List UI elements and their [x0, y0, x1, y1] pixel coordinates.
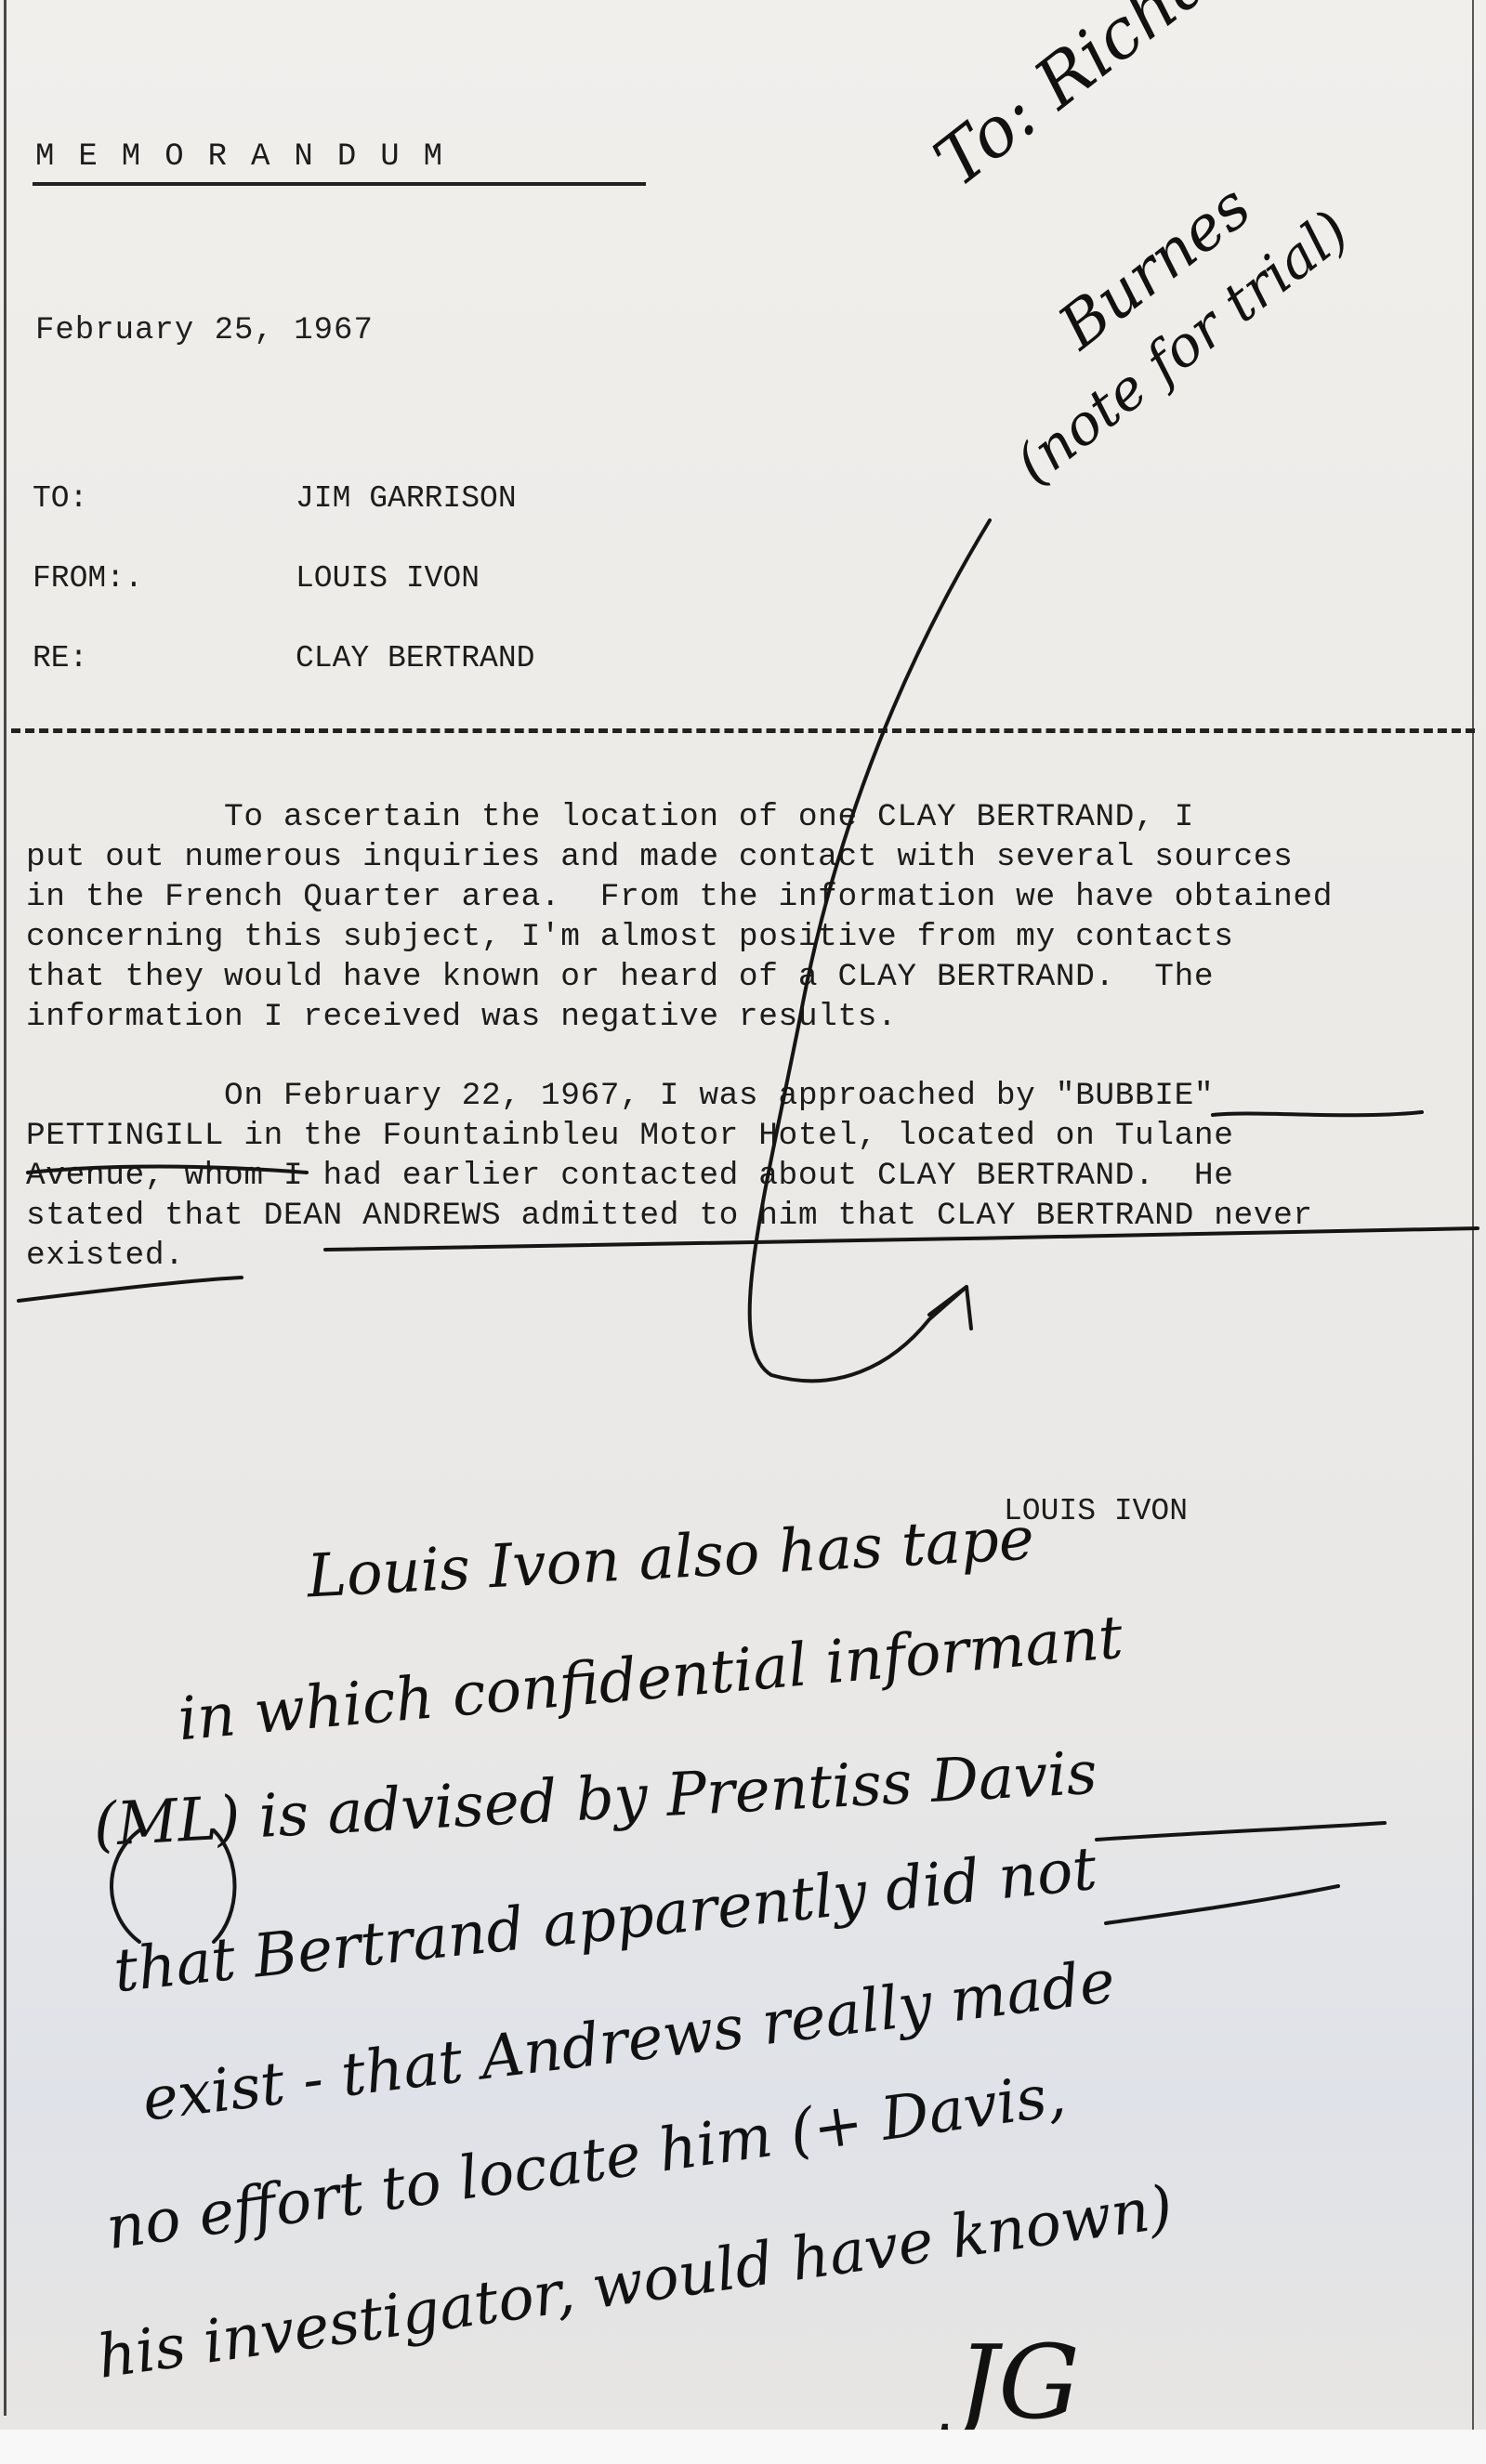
- underline-avenue: [28, 1167, 307, 1173]
- arrow-curve: [750, 520, 990, 1381]
- bracket-ml: [112, 1830, 235, 1942]
- underline-davis: [1097, 1823, 1385, 1840]
- underline-bubbie: [1213, 1112, 1422, 1115]
- arrow-head: [929, 1287, 971, 1329]
- underline-existed: [19, 1278, 242, 1301]
- underline-did-not: [1106, 1886, 1338, 1923]
- pen-marks: [0, 0, 1486, 2464]
- underline-never-existed: [325, 1228, 1478, 1250]
- bottom-margin: [0, 2430, 1486, 2464]
